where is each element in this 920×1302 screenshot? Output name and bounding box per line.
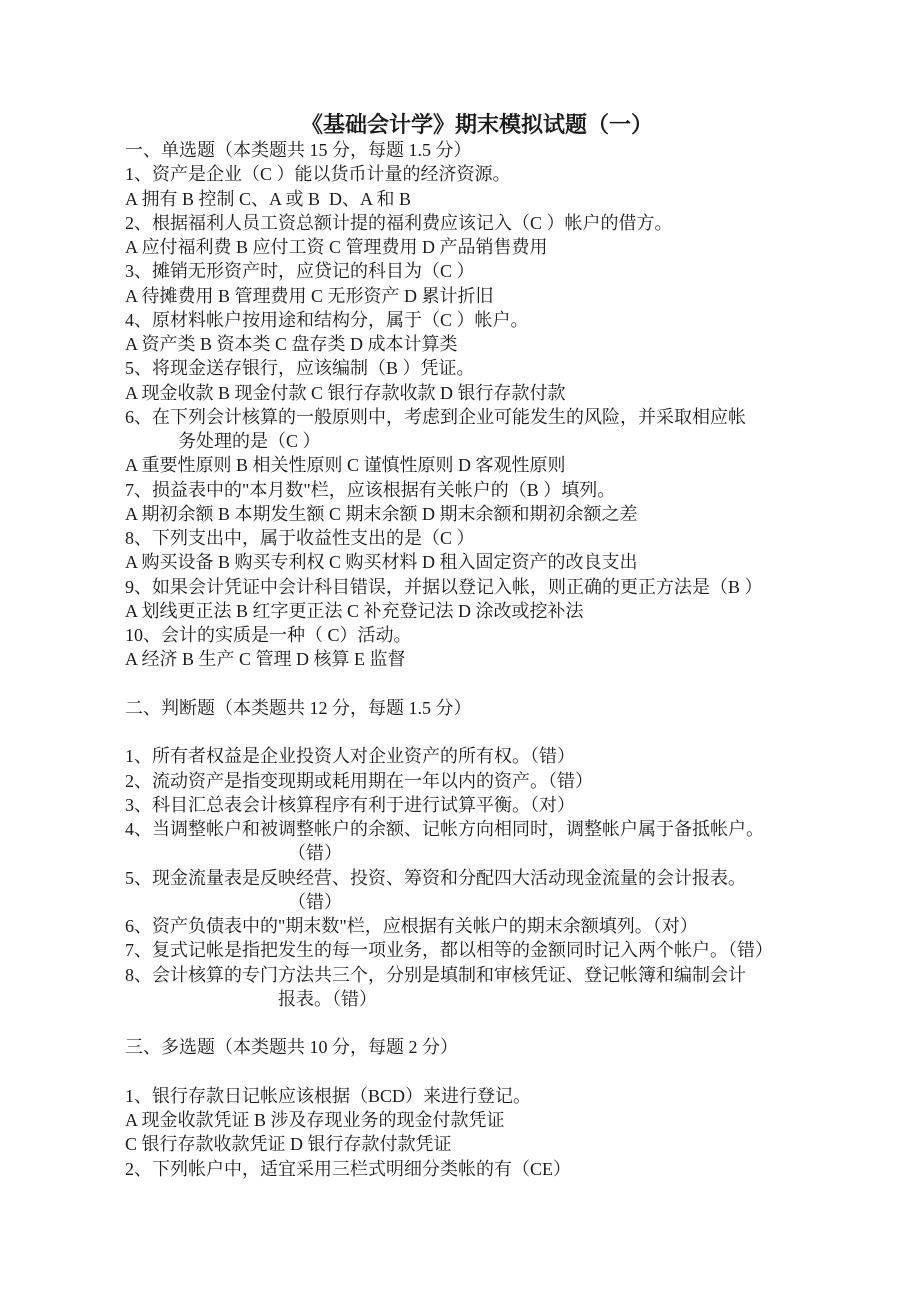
text-line: A 应付福利费 B 应付工资 C 管理费用 D 产品销售费用 (125, 235, 797, 259)
text-line: 三、多选题（本类题共 10 分，每题 2 分） (125, 1035, 797, 1059)
text-line: 3、科目汇总表会计核算程序有利于进行试算平衡。（对） (125, 793, 797, 817)
text-line: 8、下列支出中，属于收益性支出的是（C ） (125, 526, 797, 550)
text-line: 7、损益表中的"本月数"栏，应该根据有关帐户的（B ）填列。 (125, 478, 797, 502)
text-line: 1、资产是企业（C ）能以货币计量的经济资源。 (125, 162, 797, 186)
text-line: 2、流动资产是指变现期或耗用期在一年以内的资产。（错） (125, 769, 797, 793)
text-line: 7、复式记帐是指把发生的每一项业务，都以相等的金额同时记入两个帐户。（错） (125, 938, 797, 962)
blank-line (125, 720, 797, 744)
blank-line (125, 1011, 797, 1035)
document-content: 《基础会计学》期末模拟试题（一） 一、单选题（本类题共 15 分，每题 1.5 … (125, 112, 797, 1181)
text-line: 一、单选题（本类题共 15 分，每题 1.5 分） (125, 138, 797, 162)
text-line: A 拥有 B 控制 C、A 或 B D、A 和 B (125, 187, 797, 211)
text-line: 5、将现金送存银行，应该编制（B ）凭证。 (125, 356, 797, 380)
text-line: 务处理的是（C ） (125, 429, 797, 453)
text-line: 1、银行存款日记帐应该根据（BCD）来进行登记。 (125, 1084, 797, 1108)
section-true-false: 二、判断题（本类题共 12 分，每题 1.5 分） 1、所有者权益是企业投资人对… (125, 672, 797, 1012)
text-line: （错） (125, 890, 797, 914)
text-line: A 现金收款凭证 B 涉及存现业务的现金付款凭证 (125, 1108, 797, 1132)
text-line: A 资产类 B 资本类 C 盘存类 D 成本计算类 (125, 332, 797, 356)
text-line: 9、如果会计凭证中会计科目错误，并据以登记入帐，则正确的更正方法是（B ） (125, 575, 797, 599)
text-line: 报表。（错） (125, 987, 797, 1011)
text-line: C 银行存款收款凭证 D 银行存款付款凭证 (125, 1132, 797, 1156)
text-line: （错） (125, 841, 797, 865)
text-line: A 现金收款 B 现金付款 C 银行存款收款 D 银行存款付款 (125, 381, 797, 405)
document-body: 一、单选题（本类题共 15 分，每题 1.5 分）1、资产是企业（C ）能以货币… (125, 138, 797, 1181)
text-line: A 购买设备 B 购买专利权 C 购买材料 D 租入固定资产的改良支出 (125, 550, 797, 574)
text-line: A 划线更正法 B 红字更正法 C 补充登记法 D 涂改或挖补法 (125, 599, 797, 623)
text-line: 2、下列帐户中，适宜采用三栏式明细分类帐的有（CE） (125, 1157, 797, 1181)
text-line: A 重要性原则 B 相关性原则 C 谨慎性原则 D 客观性原则 (125, 453, 797, 477)
text-line: 二、判断题（本类题共 12 分，每题 1.5 分） (125, 696, 797, 720)
text-line: 5、现金流量表是反映经营、投资、筹资和分配四大活动现金流量的会计报表。 (125, 866, 797, 890)
exam-document-page: 《基础会计学》期末模拟试题（一） 一、单选题（本类题共 15 分，每题 1.5 … (0, 0, 920, 1302)
text-line: 2、根据福利人员工资总额计提的福利费应该记入（C ）帐户的借方。 (125, 211, 797, 235)
text-line: 4、原材料帐户按用途和结构分，属于（C ）帐户。 (125, 308, 797, 332)
text-line: 10、会计的实质是一种（ C）活动。 (125, 623, 797, 647)
text-line: 4、当调整帐户和被调整帐户的余额、记帐方向相同时，调整帐户属于备抵帐户。 (125, 817, 797, 841)
text-line: 8、会计核算的专门方法共三个，分别是填制和审核凭证、登记帐簿和编制会计 (125, 963, 797, 987)
blank-line (125, 672, 797, 696)
section-multiple-choice: 三、多选题（本类题共 10 分，每题 2 分） 1、银行存款日记帐应该根据（BC… (125, 1011, 797, 1181)
text-line: 1、所有者权益是企业投资人对企业资产的所有权。（错） (125, 744, 797, 768)
text-line: 6、资产负债表中的"期末数"栏，应根据有关帐户的期末余额填列。（对） (125, 914, 797, 938)
page-title: 《基础会计学》期末模拟试题（一） (125, 112, 797, 138)
text-line: 3、摊销无形资产时，应贷记的科目为（C ） (125, 259, 797, 283)
text-line: 6、在下列会计核算的一般原则中，考虑到企业可能发生的风险，并采取相应帐 (125, 405, 797, 429)
text-line: A 经济 B 生产 C 管理 D 核算 E 监督 (125, 647, 797, 671)
text-line: A 期初余额 B 本期发生额 C 期末余额 D 期末余额和期初余额之差 (125, 502, 797, 526)
blank-line (125, 1060, 797, 1084)
text-line: A 待摊费用 B 管理费用 C 无形资产 D 累计折旧 (125, 284, 797, 308)
section-single-choice: 一、单选题（本类题共 15 分，每题 1.5 分）1、资产是企业（C ）能以货币… (125, 138, 797, 672)
